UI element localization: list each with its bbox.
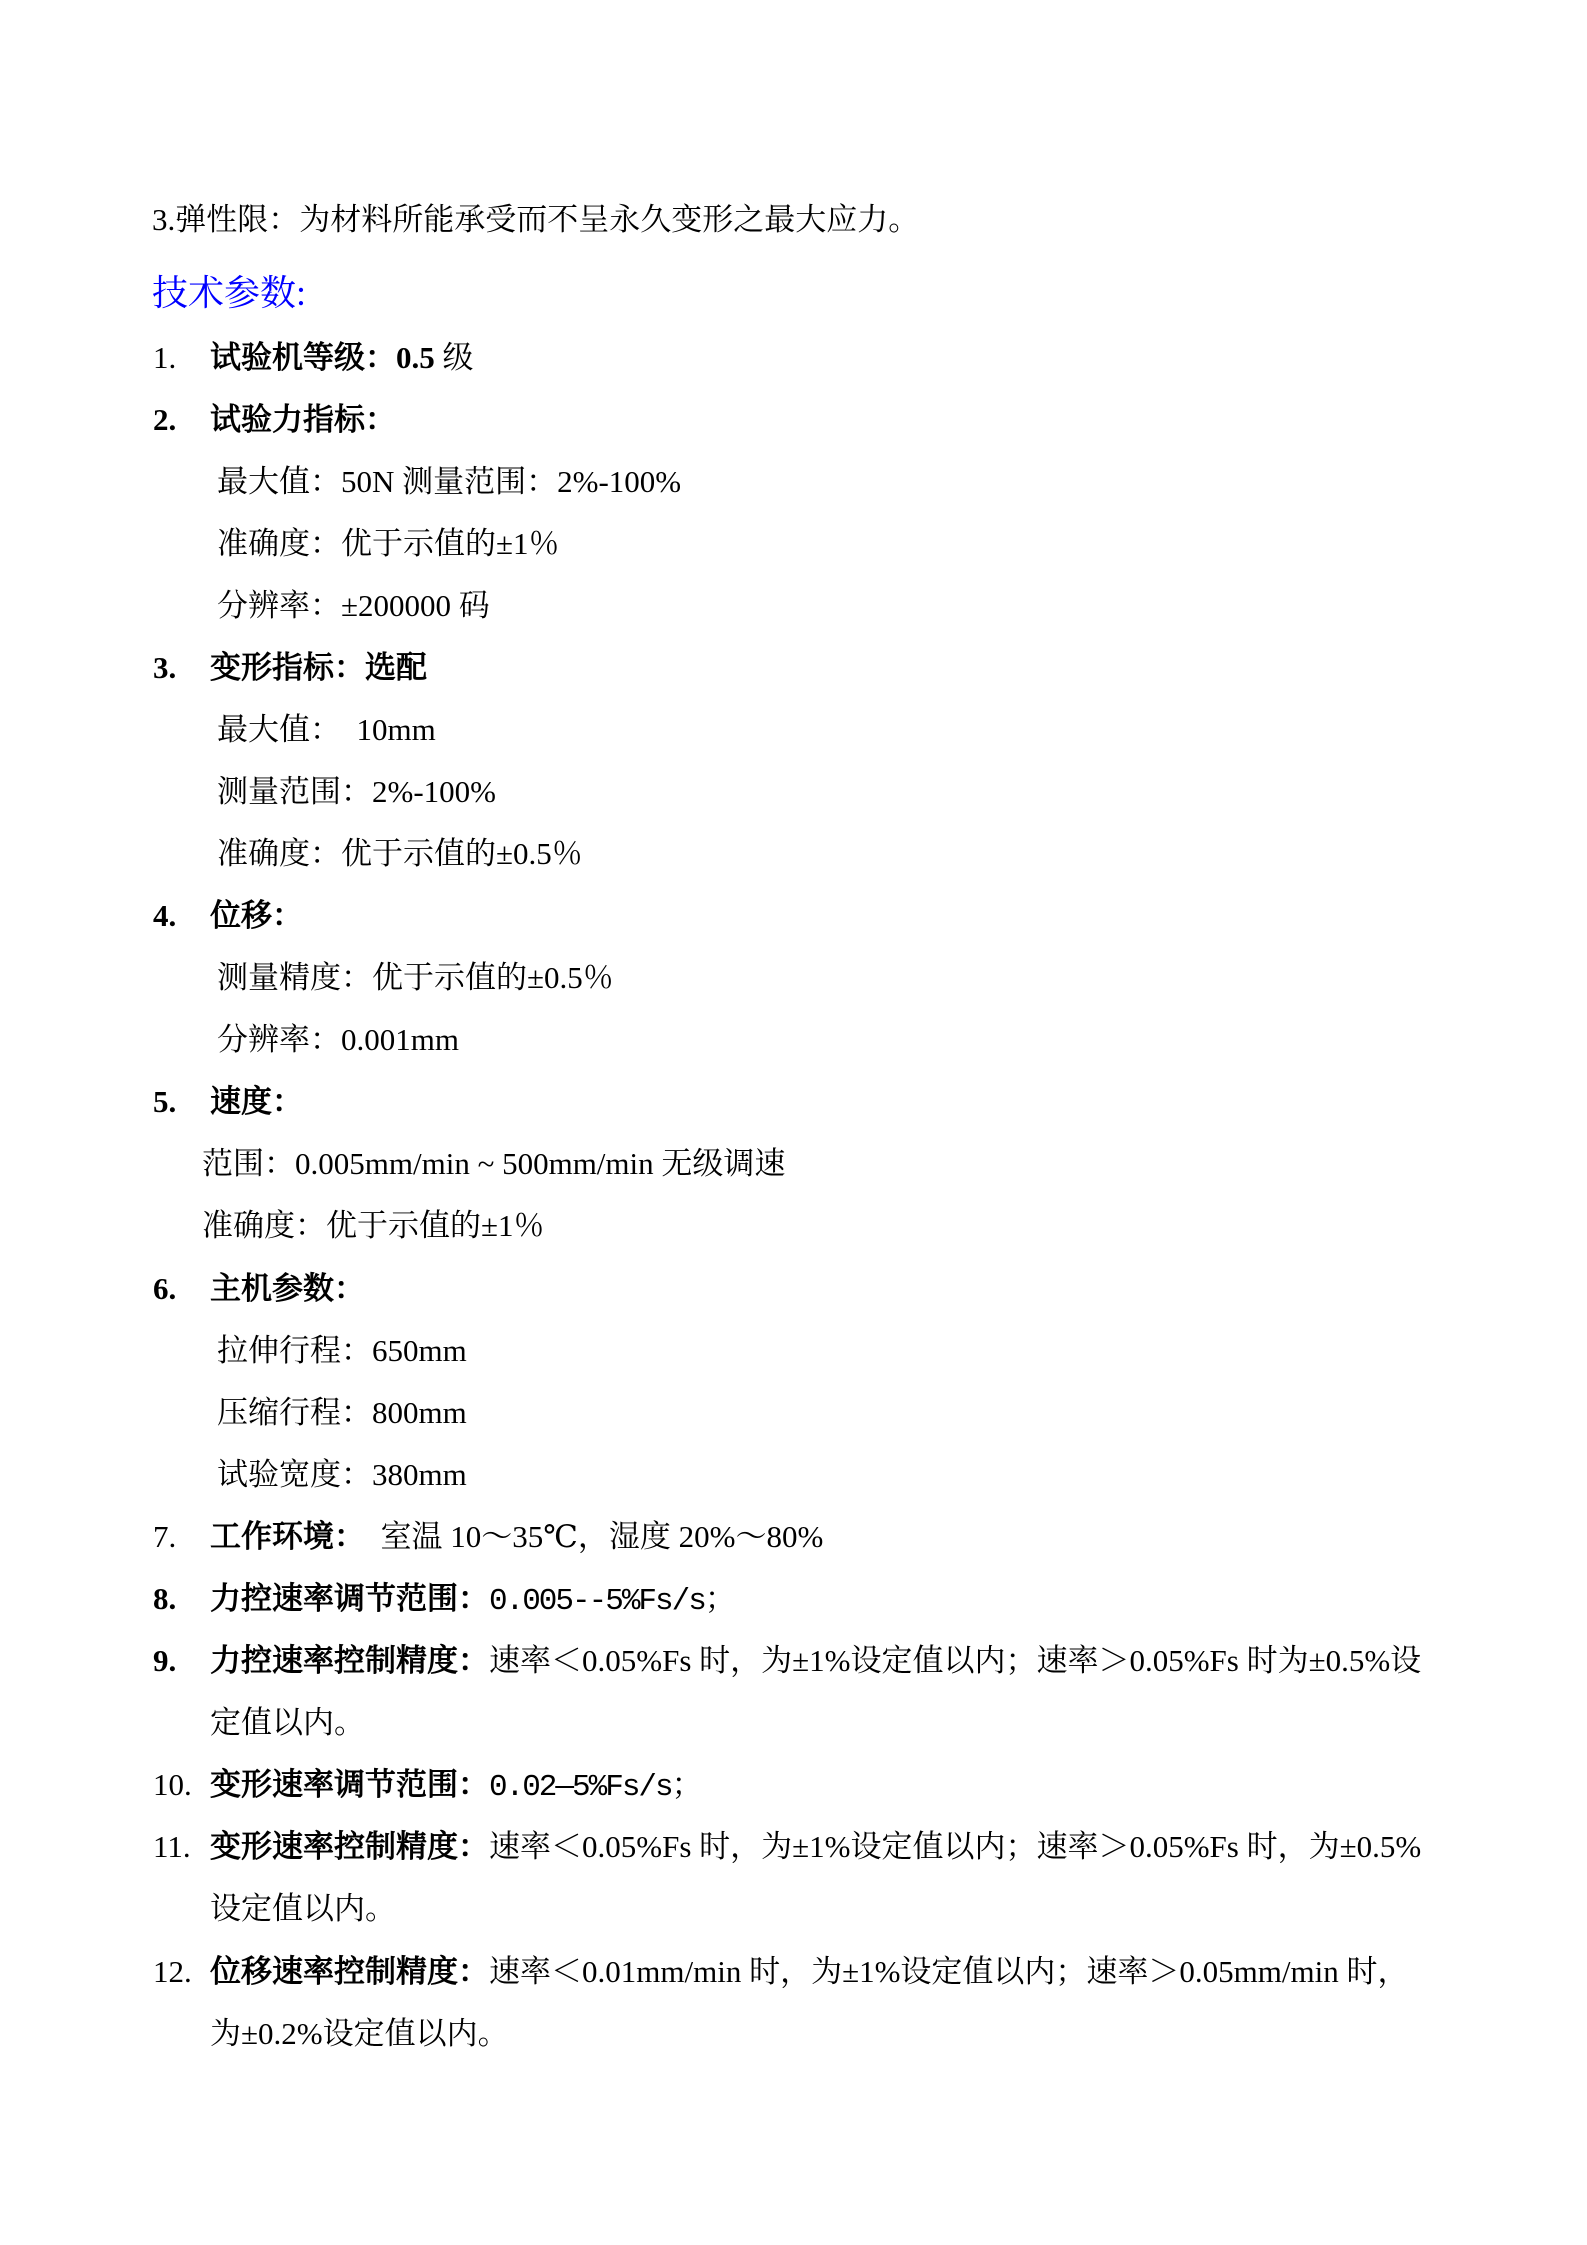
deformation-range: 测量范围：2%-100%: [217, 761, 496, 823]
document-page: 3.弹性限：为材料所能承受而不呈永久变形之最大应力。 技术参数: 1. 试验机等…: [0, 0, 1587, 2245]
item-number: 11.: [153, 1816, 191, 1878]
item-value: 0.005--5%Fs/s；: [489, 1584, 734, 1619]
item-number: 5.: [153, 1071, 176, 1133]
item-label: 速度：: [210, 1071, 303, 1133]
item-content: 位移速率控制精度：速率＜0.01mm/min 时，为±1%设定值以内；速率＞0.…: [210, 1941, 1408, 2003]
item-value: 0.02—5%Fs/s；: [489, 1770, 701, 1805]
item-number: 7.: [153, 1506, 176, 1568]
item-label: 变形指标：选配: [210, 637, 427, 699]
item-content: 工作环境： 室温 10～35℃，湿度 20%～80%: [210, 1506, 823, 1568]
item-number: 6.: [153, 1258, 176, 1320]
grade-value: 0.5: [396, 340, 435, 375]
item-label: 主机参数：: [210, 1258, 365, 1320]
item-number: 1.: [153, 327, 176, 389]
speed-range: 范围：0.005mm/min ~ 500mm/min 无级调速: [202, 1133, 785, 1195]
item-label: 变形速率控制精度：: [210, 1829, 489, 1864]
grade-unit: 级: [435, 340, 474, 375]
section-heading-technical-parameters: 技术参数:: [152, 262, 306, 324]
test-width: 试验宽度：380mm: [217, 1444, 467, 1506]
speed-accuracy: 准确度：优于示值的±1％: [202, 1195, 545, 1257]
force-accuracy: 准确度：优于示值的±1％: [217, 513, 560, 575]
deformation-max: 最大值： 10mm: [217, 699, 436, 761]
item-content: 力控速率控制精度：速率＜0.05%Fs 时，为±1%设定值以内；速率＞0.05%…: [210, 1630, 1421, 1692]
force-max-range: 最大值：50N 测量范围：2%-100%: [217, 451, 681, 513]
item-label: 工作环境：: [210, 1519, 365, 1554]
item-content: 变形速率控制精度：速率＜0.05%Fs 时，为±1%设定值以内；速率＞0.05%…: [210, 1816, 1421, 1878]
item-number: 9.: [153, 1630, 176, 1692]
item-label: 力控速率控制精度：: [210, 1643, 489, 1678]
item-value: 速率＜0.01mm/min 时，为±1%设定值以内；速率＞0.05mm/min …: [489, 1954, 1408, 1989]
item-9-continuation: 定值以内。: [210, 1692, 365, 1754]
item-value: 室温 10～35℃，湿度 20%～80%: [365, 1519, 823, 1554]
item-12-continuation: 为±0.2%设定值以内。: [210, 2003, 509, 2065]
displacement-accuracy: 测量精度：优于示值的±0.5％: [217, 947, 614, 1009]
item-label: 位移速率控制精度：: [210, 1954, 489, 1989]
item-number: 2.: [153, 389, 176, 451]
item-11-continuation: 设定值以内。: [210, 1878, 396, 1940]
item-label: 试验力指标：: [210, 389, 396, 451]
item-number: 12.: [153, 1941, 192, 2003]
compression-stroke: 压缩行程：800mm: [217, 1382, 467, 1444]
item-number: 8.: [153, 1568, 176, 1630]
item-number: 3.: [153, 637, 176, 699]
elastic-limit-definition: 3.弹性限：为材料所能承受而不呈永久变形之最大应力。: [152, 189, 919, 251]
item-label: 位移：: [210, 885, 303, 947]
item-number: 4.: [153, 885, 176, 947]
item-content: 变形速率调节范围：0.02—5%Fs/s；: [210, 1754, 701, 1819]
tensile-stroke: 拉伸行程：650mm: [217, 1320, 467, 1382]
item-value: 速率＜0.05%Fs 时，为±1%设定值以内；速率＞0.05%Fs 时为±0.5…: [489, 1643, 1421, 1678]
deformation-accuracy: 准确度：优于示值的±0.5％: [217, 823, 583, 885]
item-number: 10.: [153, 1754, 192, 1816]
item-content: 力控速率调节范围：0.005--5%Fs/s；: [210, 1568, 734, 1633]
item-label: 变形速率调节范围：: [210, 1767, 489, 1802]
displacement-resolution: 分辨率：0.001mm: [217, 1009, 459, 1071]
item-value: 速率＜0.05%Fs 时，为±1%设定值以内；速率＞0.05%Fs 时，为±0.…: [489, 1829, 1421, 1864]
force-resolution: 分辨率：±200000 码: [217, 575, 490, 637]
item-label: 试验机等级：0.5 级: [210, 327, 474, 389]
item-label: 力控速率调节范围：: [210, 1581, 489, 1616]
